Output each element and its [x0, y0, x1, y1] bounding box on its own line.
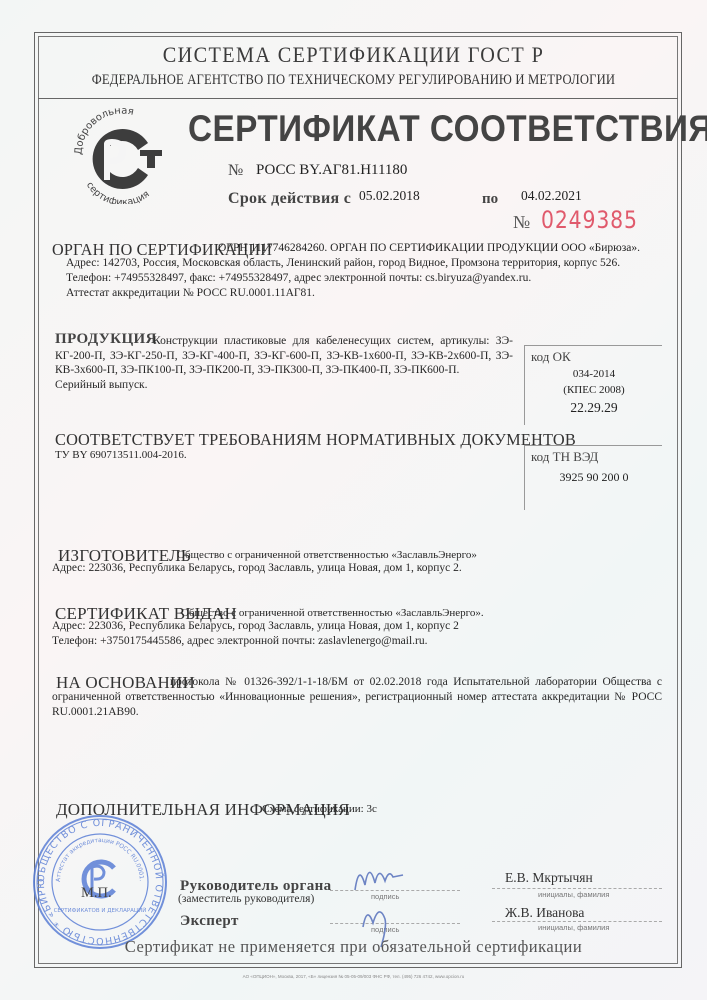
product-release-type: Серийный выпуск.: [55, 379, 148, 391]
header-divider: [38, 98, 678, 99]
certification-body-address: Адрес: 142703, Россия, Московская област…: [66, 257, 620, 269]
manufacturer-address: Адрес: 223036, Республика Беларусь, горо…: [52, 562, 462, 574]
head-of-body-name: Е.В. Мкртычян: [505, 870, 593, 886]
head-name-caption: инициалы, фамилия: [538, 890, 609, 899]
expert-name-line: [492, 921, 662, 922]
tn-ved-code-value: 3925 90 200 0: [525, 470, 663, 485]
seal-place-mark: М.П.: [81, 885, 112, 902]
okpd-classifier: 034-2014: [525, 368, 663, 380]
okpd-code-box: код ОК 034-2014 (КПЕС 2008) 22.29.29: [524, 345, 662, 425]
handwritten-signature-icon: [345, 855, 425, 950]
expert-name-caption: инициалы, фамилия: [538, 923, 609, 932]
basis-text: протокола № 01326-392/1-1-18/БМ от 02.02…: [52, 676, 662, 718]
validity-label: Срок действия с: [228, 190, 351, 208]
tn-ved-code-label: код ТН ВЭД: [531, 449, 598, 465]
okpd-code-value: 22.29.29: [525, 400, 663, 416]
valid-to-date: 04.02.2021: [521, 188, 582, 204]
product-description-block: Конструкции пластиковые для кабеленесущи…: [55, 334, 513, 392]
certification-scheme: Схема сертификации: 3с: [262, 803, 377, 815]
serial-number: 0249385: [541, 206, 638, 234]
conformity-heading: СООТВЕТСТВУЕТ ТРЕБОВАНИЯМ НОРМАТИВНЫХ ДО…: [55, 430, 576, 450]
issued-to-name: Общество с ограниченной ответственностью…: [181, 607, 484, 619]
round-seal-stamp-icon: ОБЩЕСТВО С ОГРАНИЧЕННОЙ ОТВЕТСТВЕННОСТЬЮ…: [30, 812, 170, 952]
svg-text:СЕРТИФИКАТОВ И ДЕКЛАРАЦИЙ: СЕРТИФИКАТОВ И ДЕКЛАРАЦИЙ: [54, 907, 147, 914]
product-description: Конструкции пластиковые для кабеленесущи…: [55, 335, 513, 376]
head-of-body-deputy-label: (заместитель руководителя): [178, 893, 314, 905]
basis-text-block: протокола № 01326-392/1-1-18/БМ от 02.02…: [52, 675, 662, 720]
certificate-number-label: №: [228, 162, 243, 180]
expert-label: Эксперт: [180, 913, 239, 930]
certification-body-contacts: Телефон: +74955328497, факс: +7495532849…: [66, 272, 531, 284]
okpd-classifier-edition: (КПЕС 2008): [525, 384, 663, 396]
serial-number-label: №: [513, 212, 530, 233]
printer-imprint: АО «ОПЦИОН», Москва, 2017, «Б» лицензия …: [0, 974, 707, 979]
normative-document: ТУ BY 690713511.004-2016.: [55, 449, 187, 461]
okpd-code-label: код ОК: [531, 349, 571, 365]
agency-name: ФЕДЕРАЛЬНОЕ АГЕНТСТВО ПО ТЕХНИЧЕСКОМУ РЕ…: [46, 72, 661, 89]
certification-body-ogrn: ОГРН 1117746284260. ОРГАН ПО СЕРТИФИКАЦИ…: [218, 242, 640, 254]
rst-logo-icon: Добровольная сертификация: [68, 108, 176, 204]
certification-body-accreditation: Аттестат аккредитации № РОСС RU.0001.11А…: [66, 287, 315, 299]
valid-from-date: 05.02.2018: [359, 188, 420, 204]
certificate-title: СЕРТИФИКАТ СООТВЕТСТВИЯ: [188, 108, 707, 150]
head-name-line: [492, 888, 662, 889]
manufacturer-name: Общество с ограниченной ответственностью…: [177, 549, 477, 561]
disclaimer: Сертификат не применяется при обязательн…: [0, 937, 707, 957]
system-title: СИСТЕМА СЕРТИФИКАЦИИ ГОСТ Р: [28, 42, 678, 68]
certificate-number: РОСС BY.АГ81.Н11180: [256, 162, 407, 179]
valid-to-label: по: [482, 191, 498, 208]
expert-name: Ж.В. Иванова: [505, 905, 584, 921]
issued-to-address: Адрес: 223036, Республика Беларусь, горо…: [52, 620, 459, 632]
certificate-sheet: СИСТЕМА СЕРТИФИКАЦИИ ГОСТ Р ФЕДЕРАЛЬНОЕ …: [0, 0, 707, 1000]
issued-to-contacts: Телефон: +3750175445586, адрес электронн…: [52, 635, 428, 647]
tn-ved-code-box: код ТН ВЭД 3925 90 200 0: [524, 445, 662, 510]
